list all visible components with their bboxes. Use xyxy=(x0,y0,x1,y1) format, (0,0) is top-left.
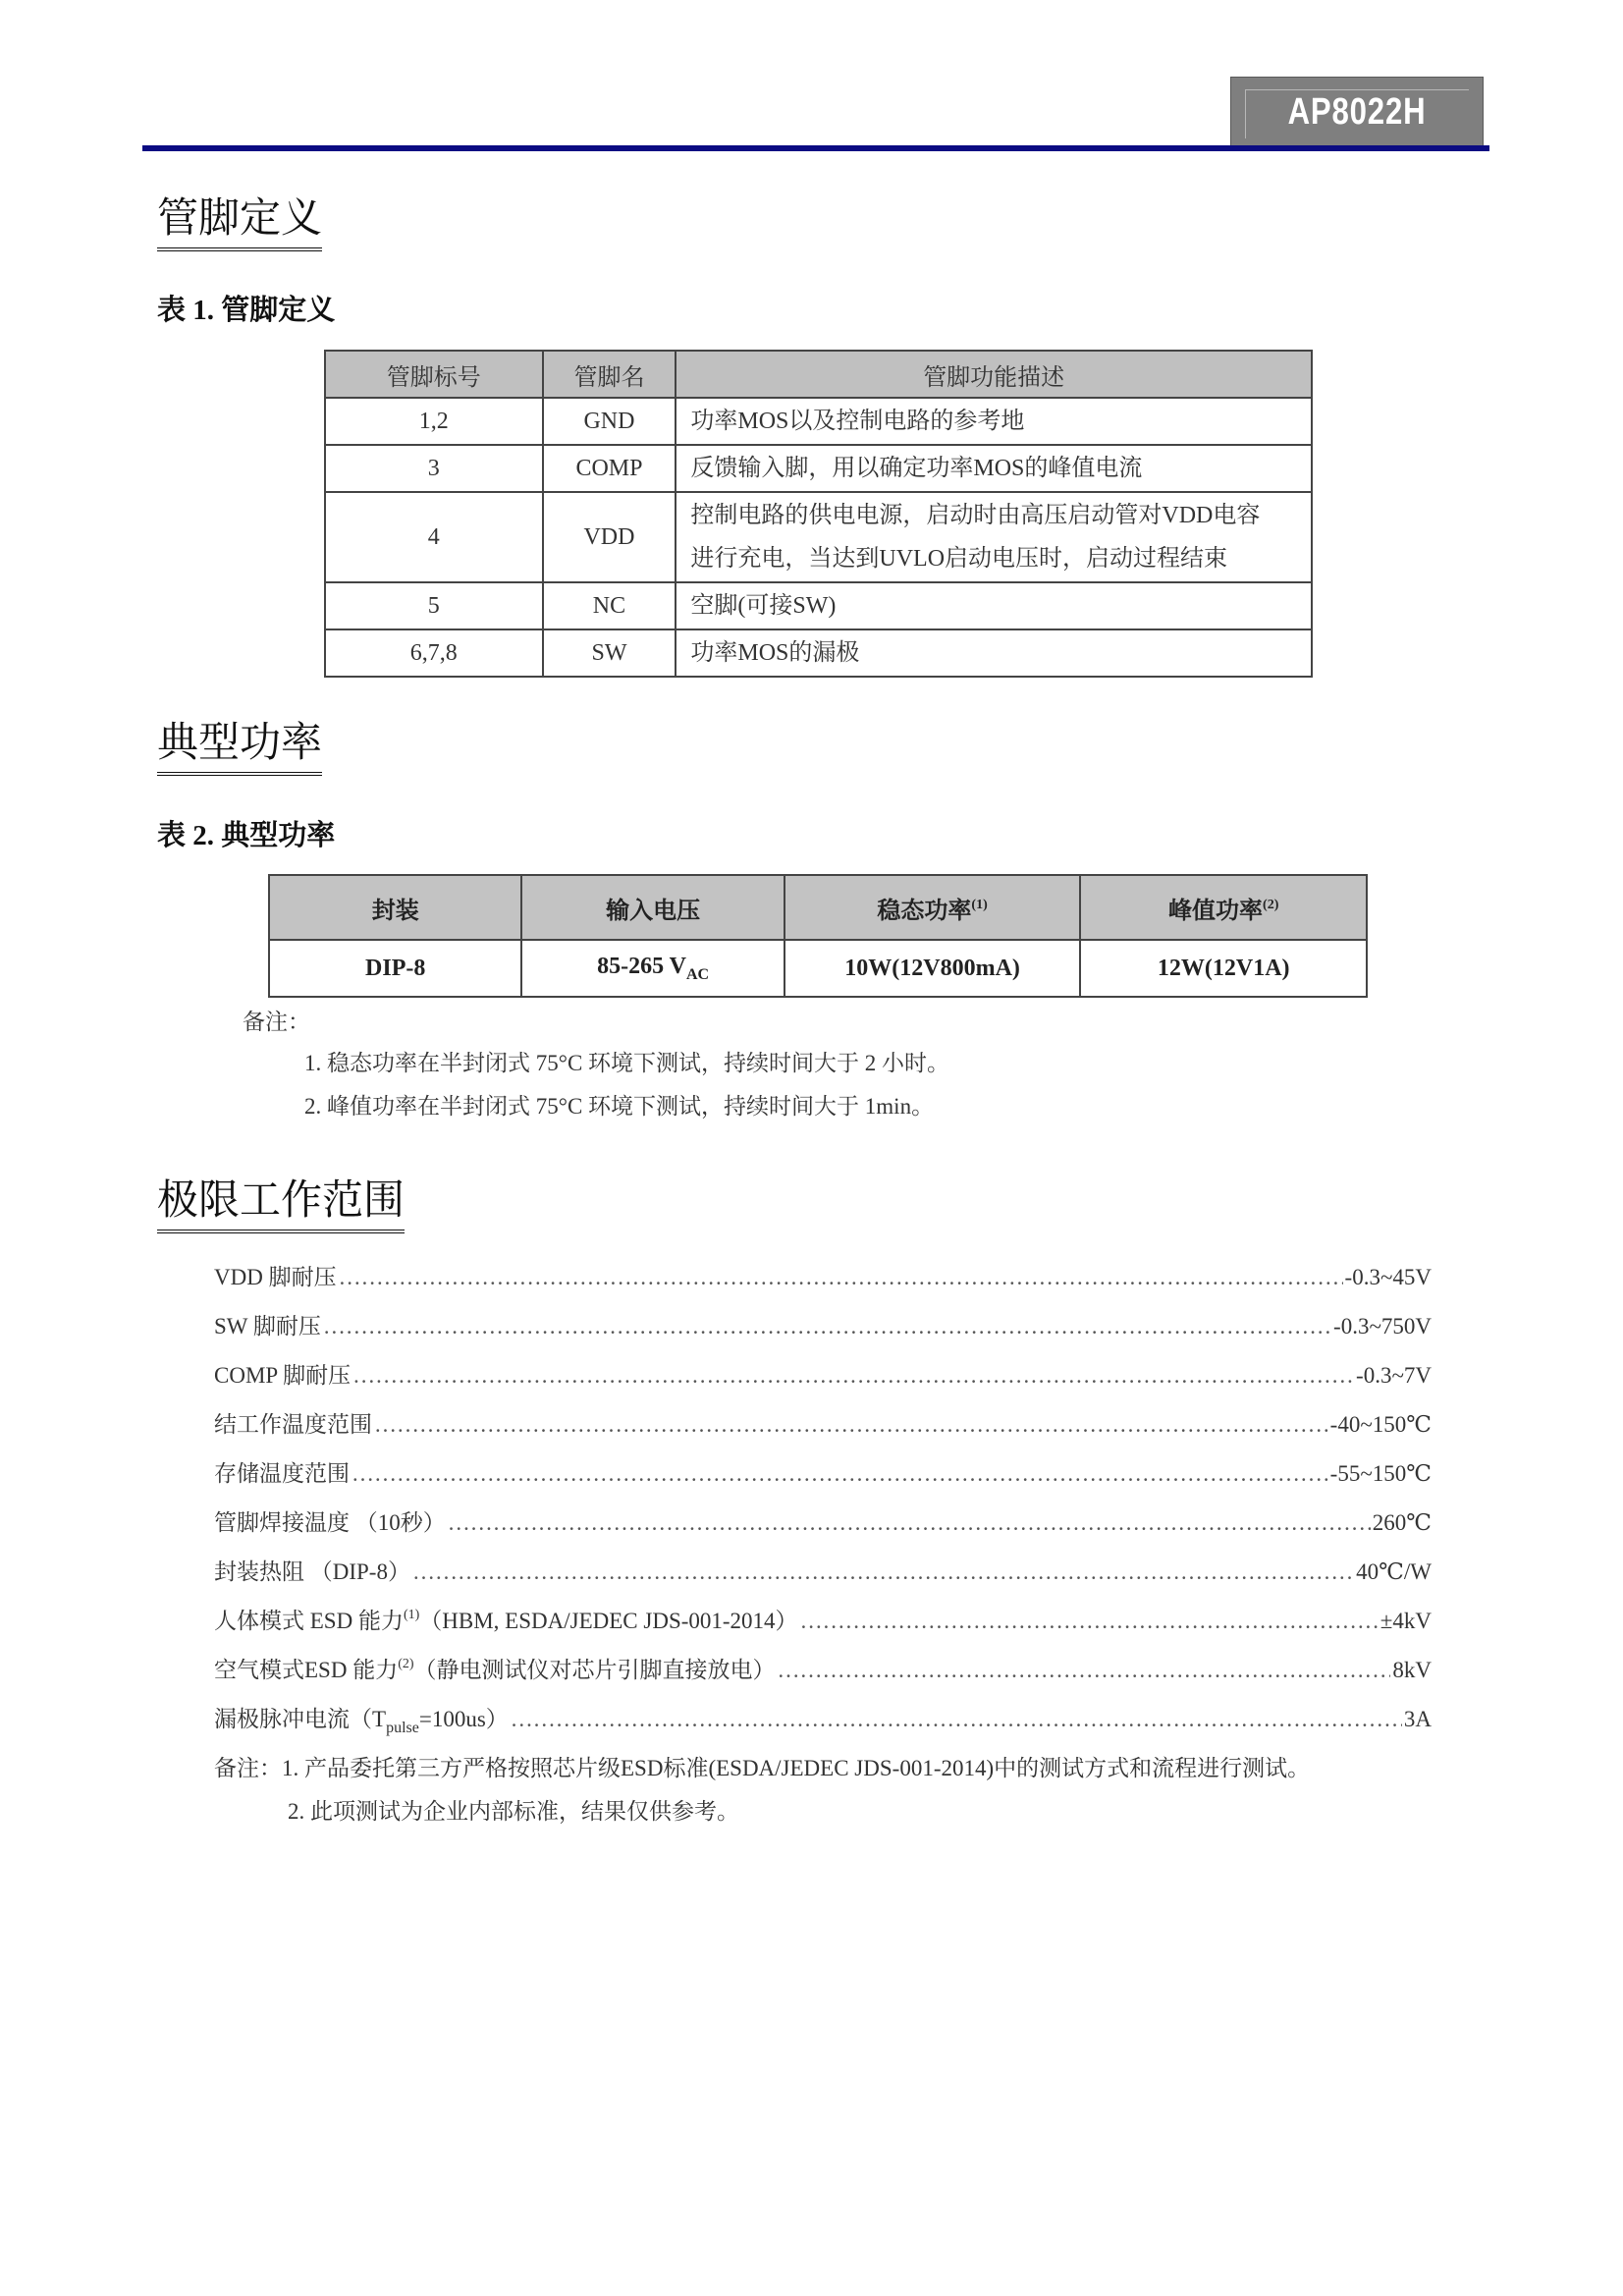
rating-label: 结工作温度范围 xyxy=(214,1406,372,1439)
rating-value: -0.3~7V xyxy=(1356,1363,1432,1389)
dot-leader xyxy=(412,1559,1354,1585)
table-row: DIP-8 85-265 VAC 10W(12V800mA) 12W(12V1A… xyxy=(269,940,1367,997)
rating-row: COMP 脚耐压 -0.3~7V xyxy=(214,1357,1432,1406)
rating-label: SW 脚耐压 xyxy=(214,1308,321,1340)
pin-number: 4 xyxy=(325,492,543,582)
notes-label: 备注： xyxy=(214,1756,282,1780)
header-pin-name: 管脚名 xyxy=(543,351,676,398)
footnote-ref: (2) xyxy=(1263,898,1278,912)
header-pin-number: 管脚标号 xyxy=(325,351,543,398)
footnote-ref: (1) xyxy=(971,898,987,912)
header-pin-description: 管脚功能描述 xyxy=(676,351,1312,398)
header-label: 稳态功率 xyxy=(877,899,971,924)
rating-label-text: 人体模式 ESD 能力 xyxy=(214,1609,404,1633)
dot-leader xyxy=(778,1658,1391,1683)
dot-leader xyxy=(339,1265,1343,1290)
table-row: 3 COMP 反馈输入脚，用以确定功率MOS的峰值电流 xyxy=(325,445,1312,492)
rating-value: -55~150℃ xyxy=(1330,1461,1432,1487)
dot-leader xyxy=(374,1412,1328,1438)
rating-label: 存储温度范围 xyxy=(214,1455,350,1488)
rating-label: 封装热阻 （DIP-8） xyxy=(214,1554,410,1586)
header-input-voltage: 输入电压 xyxy=(521,875,784,940)
pin-number: 6,7,8 xyxy=(325,629,543,677)
header-peak-power: 峰值功率(2) xyxy=(1080,875,1367,940)
rating-label: 空气模式ESD 能力(2)（静电测试仪对芯片引脚直接放电） xyxy=(214,1652,776,1684)
rating-row: 管脚焊接温度 （10秒） 260℃ xyxy=(214,1504,1432,1554)
table-row: 5 NC 空脚(可接SW) xyxy=(325,582,1312,629)
part-number-badge: AP8022H xyxy=(1230,77,1484,147)
typical-power-table: 封装 输入电压 稳态功率(1) 峰值功率(2) DIP-8 85-265 VAC… xyxy=(268,874,1368,998)
pin-description: 反馈输入脚，用以确定功率MOS的峰值电流 xyxy=(676,445,1312,492)
rating-label: 管脚焊接温度 （10秒） xyxy=(214,1504,446,1537)
rating-value: 3A xyxy=(1404,1707,1432,1732)
pin-definition-table: 管脚标号 管脚名 管脚功能描述 1,2 GND 功率MOS以及控制电路的参考地 … xyxy=(324,350,1313,678)
pin-name: SW xyxy=(543,629,676,677)
steady-power-value: 10W(12V800mA) xyxy=(784,940,1081,997)
package-value: DIP-8 xyxy=(269,940,521,997)
note-item: 2. 峰值功率在半封闭式 75°C 环境下测试，持续时间大于 1min。 xyxy=(304,1088,934,1121)
dot-leader xyxy=(448,1510,1371,1536)
pin-description-line: 进行充电，当达到UVLO启动电压时，启动过程结束 xyxy=(690,537,1310,580)
footnote-ref: (2) xyxy=(398,1657,413,1671)
pin-description: 功率MOS以及控制电路的参考地 xyxy=(676,398,1312,445)
pin-number: 1,2 xyxy=(325,398,543,445)
notes-label: 备注： xyxy=(243,1004,310,1036)
input-voltage-value: 85-265 VAC xyxy=(521,940,784,997)
part-number: AP8022H xyxy=(1254,91,1460,134)
section-title-typical-power: 典型功率 xyxy=(157,719,322,776)
pin-number: 5 xyxy=(325,582,543,629)
rating-row: 空气模式ESD 能力(2)（静电测试仪对芯片引脚直接放电） 8kV xyxy=(214,1652,1432,1701)
footnote-ref: (1) xyxy=(404,1608,419,1622)
rating-label-suffix: （HBM, ESDA/JEDEC JDS-001-2014） xyxy=(419,1609,797,1633)
header-package: 封装 xyxy=(269,875,521,940)
absolute-ratings-list: VDD 脚耐压 -0.3~45V SW 脚耐压 -0.3~750V COMP 脚… xyxy=(214,1259,1432,1750)
table-row: 1,2 GND 功率MOS以及控制电路的参考地 xyxy=(325,398,1312,445)
rating-value: 40℃/W xyxy=(1356,1559,1432,1585)
pin-name: NC xyxy=(543,582,676,629)
header-steady-power: 稳态功率(1) xyxy=(784,875,1081,940)
note-item: 1. 稳态功率在半封闭式 75°C 环境下测试，持续时间大于 2 小时。 xyxy=(304,1045,949,1077)
rating-row: 人体模式 ESD 能力(1)（HBM, ESDA/JEDEC JDS-001-2… xyxy=(214,1603,1432,1652)
subscript: pulse xyxy=(386,1720,419,1736)
rating-value: 260℃ xyxy=(1373,1510,1432,1536)
note-item: 2. 此项测试为企业内部标准，结果仅供参考。 xyxy=(288,1793,739,1826)
rating-label: 人体模式 ESD 能力(1)（HBM, ESDA/JEDEC JDS-001-2… xyxy=(214,1603,798,1635)
header-rule xyxy=(142,145,1489,151)
header-label: 输入电压 xyxy=(606,899,700,924)
rating-value: 8kV xyxy=(1392,1658,1432,1683)
pin-name: COMP xyxy=(543,445,676,492)
pin-description: 控制电路的供电电源，启动时由高压启动管对VDD电容 进行充电，当达到UVLO启动… xyxy=(676,492,1312,582)
note-item: 1. 产品委托第三方严格按照芯片级ESD标准(ESDA/JEDEC JDS-00… xyxy=(282,1756,1310,1780)
rating-label-text: 空气模式ESD 能力 xyxy=(214,1658,398,1682)
header-label: 峰值功率 xyxy=(1168,899,1263,924)
ratings-notes: 备注：1. 产品委托第三方严格按照芯片级ESD标准(ESDA/JEDEC JDS… xyxy=(214,1750,1310,1782)
rating-row: 存储温度范围 -55~150℃ xyxy=(214,1455,1432,1504)
header-label: 封装 xyxy=(372,899,419,924)
rating-value: -0.3~750V xyxy=(1333,1314,1432,1339)
section-title-pin-definition: 管脚定义 xyxy=(157,194,322,251)
table-header-row: 封装 输入电压 稳态功率(1) 峰值功率(2) xyxy=(269,875,1367,940)
rating-label: 漏极脉冲电流（Tpulse=100us） xyxy=(214,1701,509,1737)
pin-number: 3 xyxy=(325,445,543,492)
input-voltage-subscript: AC xyxy=(686,966,709,983)
rating-label: VDD 脚耐压 xyxy=(214,1259,337,1291)
dot-leader xyxy=(511,1707,1402,1732)
pin-name: GND xyxy=(543,398,676,445)
peak-power-value: 12W(12V1A) xyxy=(1080,940,1367,997)
rating-value: -40~150℃ xyxy=(1330,1412,1432,1438)
pin-description: 功率MOS的漏极 xyxy=(676,629,1312,677)
rating-label-suffix: =100us） xyxy=(419,1707,509,1731)
rating-value: -0.3~45V xyxy=(1345,1265,1432,1290)
dot-leader xyxy=(352,1363,1354,1389)
table-row: 4 VDD 控制电路的供电电源，启动时由高压启动管对VDD电容 进行充电，当达到… xyxy=(325,492,1312,582)
table1-caption: 表 1. 管脚定义 xyxy=(157,288,335,328)
table2-caption: 表 2. 典型功率 xyxy=(157,813,335,853)
input-voltage-text: 85-265 V xyxy=(597,954,686,979)
table-header-row: 管脚标号 管脚名 管脚功能描述 xyxy=(325,351,1312,398)
table-row: 6,7,8 SW 功率MOS的漏极 xyxy=(325,629,1312,677)
rating-row: 结工作温度范围 -40~150℃ xyxy=(214,1406,1432,1455)
rating-label-suffix: （静电测试仪对芯片引脚直接放电） xyxy=(414,1658,776,1682)
rating-row: 封装热阻 （DIP-8） 40℃/W xyxy=(214,1554,1432,1603)
pin-description-line: 控制电路的供电电源，启动时由高压启动管对VDD电容 xyxy=(690,494,1310,537)
dot-leader xyxy=(800,1609,1379,1634)
dot-leader xyxy=(352,1461,1328,1487)
rating-value: ±4kV xyxy=(1380,1609,1432,1634)
dot-leader xyxy=(323,1314,1331,1339)
rating-row: SW 脚耐压 -0.3~750V xyxy=(214,1308,1432,1357)
rating-label-text: 漏极脉冲电流（T xyxy=(214,1707,386,1731)
rating-label: COMP 脚耐压 xyxy=(214,1357,351,1390)
pin-name: VDD xyxy=(543,492,676,582)
pin-description: 空脚(可接SW) xyxy=(676,582,1312,629)
rating-row: VDD 脚耐压 -0.3~45V xyxy=(214,1259,1432,1308)
section-title-absolute-ratings: 极限工作范围 xyxy=(157,1176,405,1233)
rating-row: 漏极脉冲电流（Tpulse=100us） 3A xyxy=(214,1701,1432,1750)
